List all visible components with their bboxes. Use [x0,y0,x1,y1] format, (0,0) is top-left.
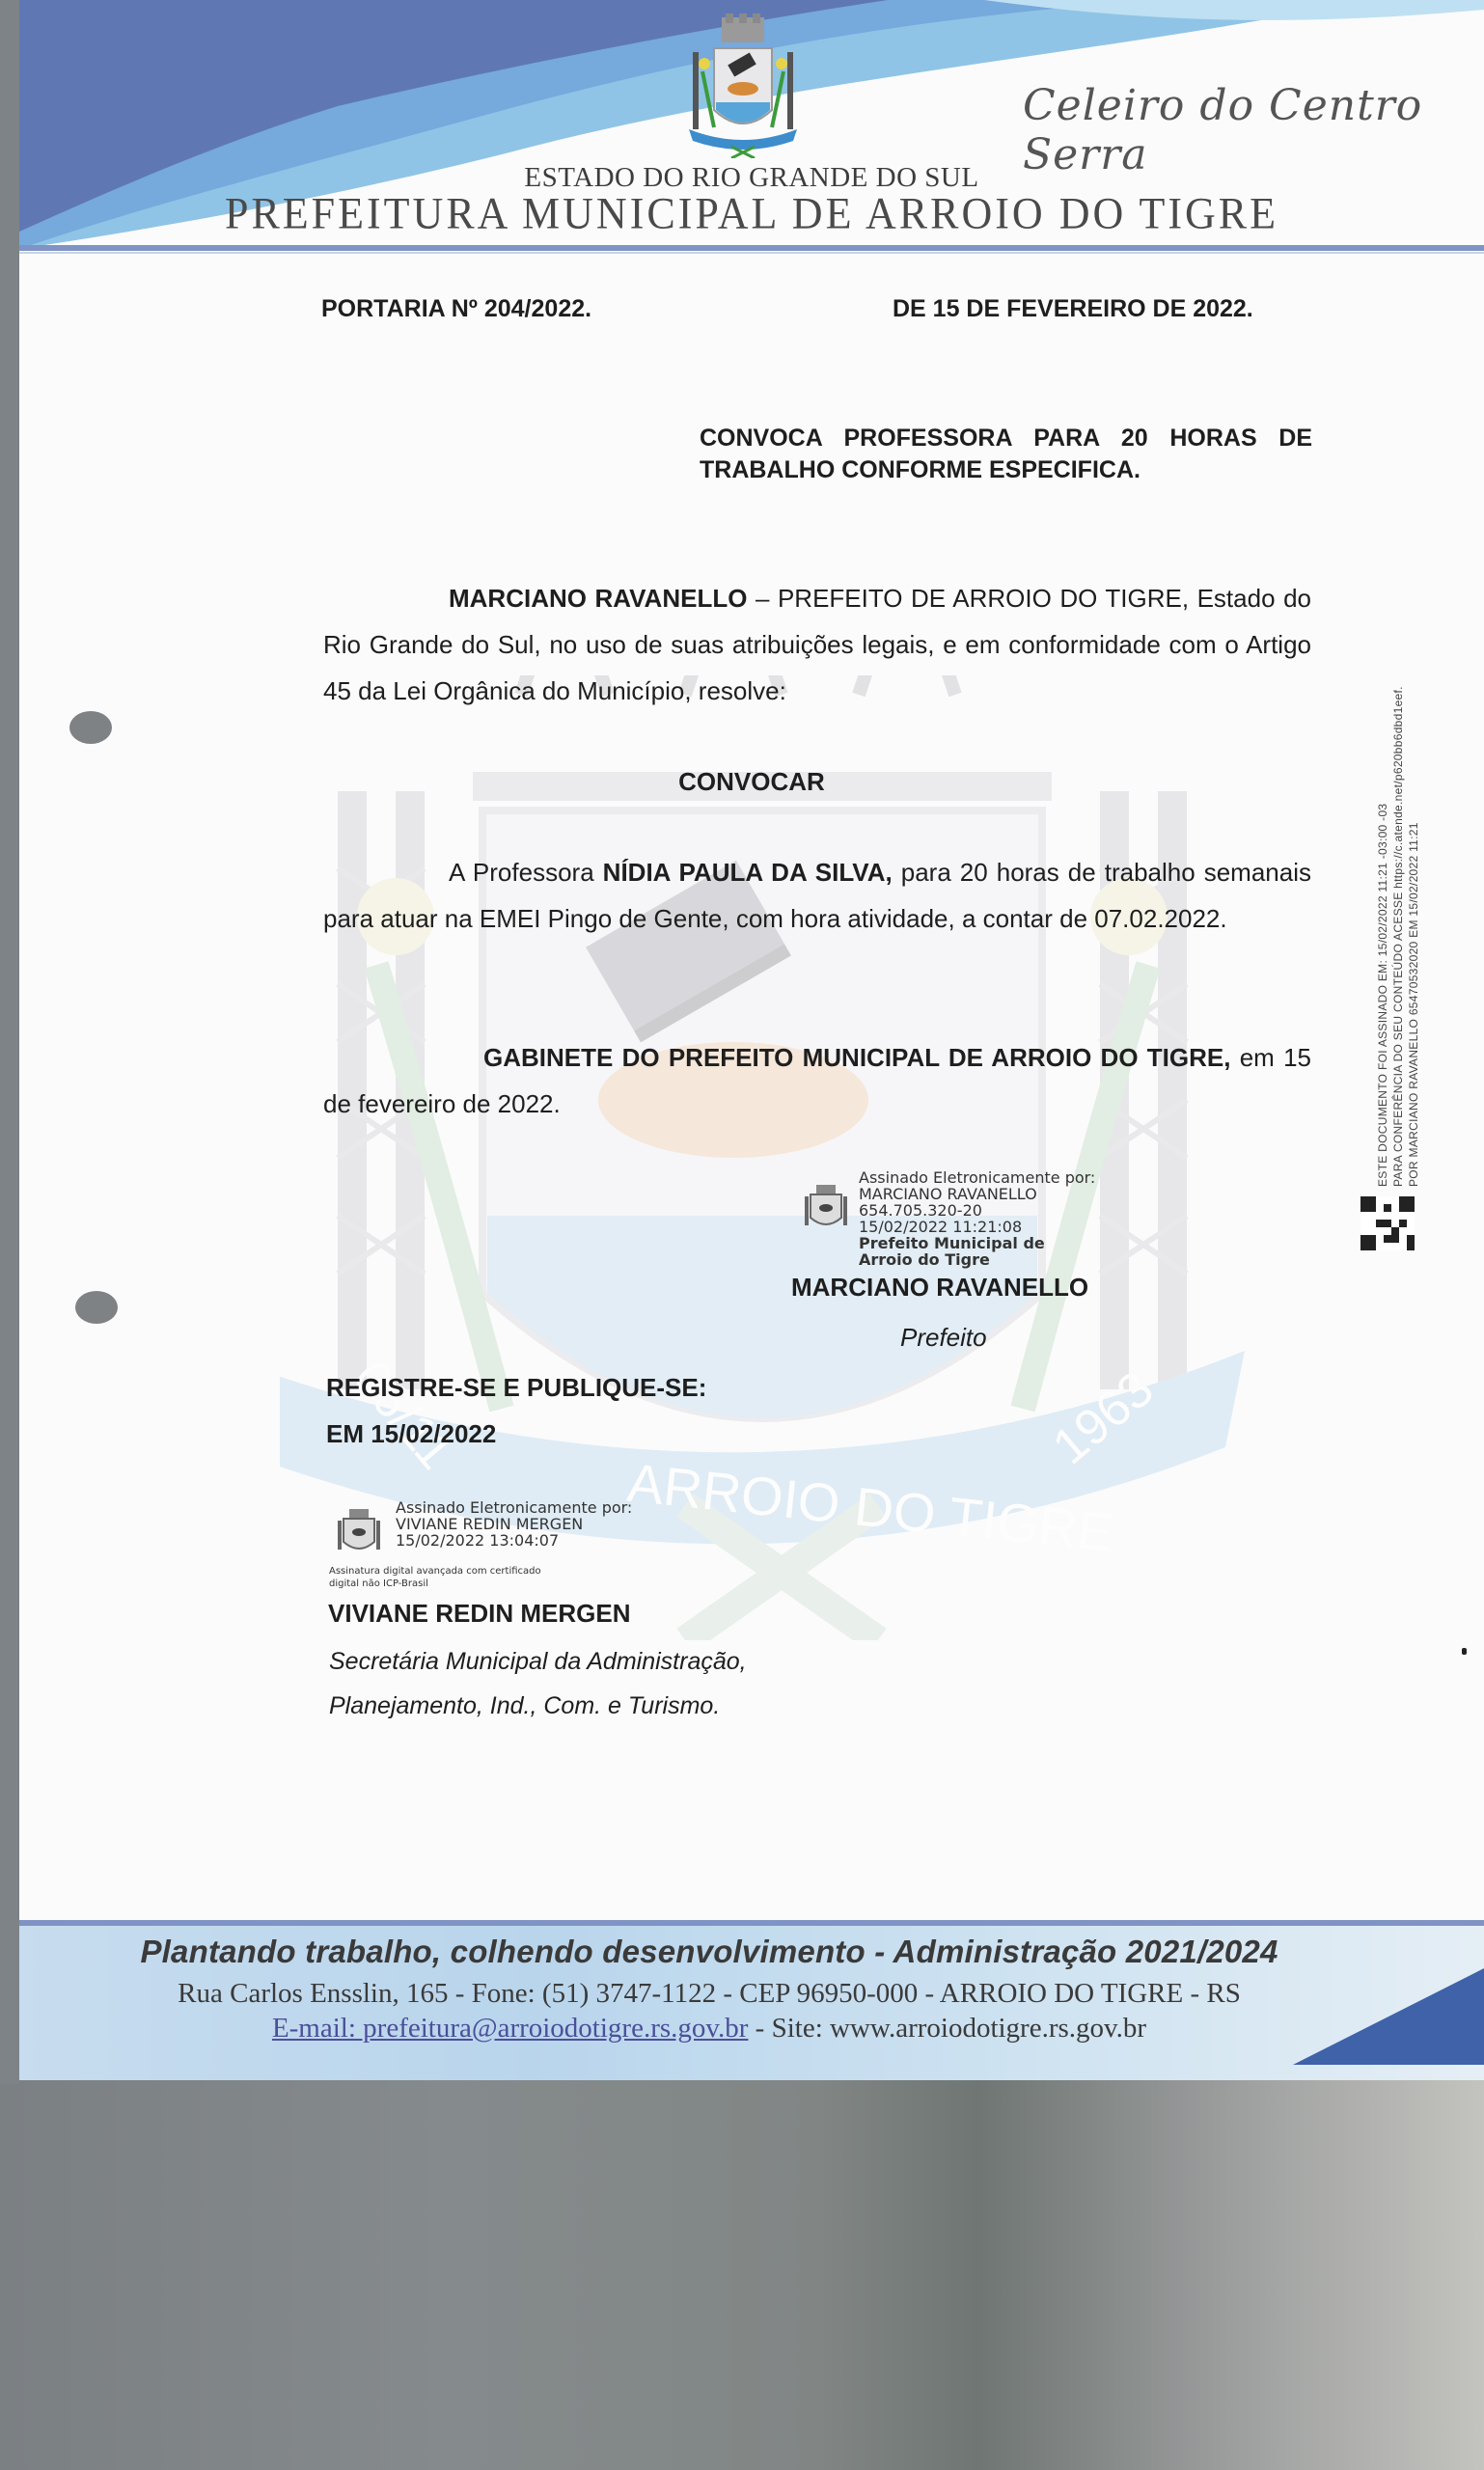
secretary-role-line2: Planejamento, Ind., Com. e Turismo. [329,1683,720,1729]
signature-certificate-note: Assinatura digital avançada com certific… [329,1565,551,1590]
sig-label: Assinado Eletronicamente por: [396,1499,632,1516]
footer-address: Rua Carlos Ensslin, 165 - Fone: (51) 374… [19,1978,1399,2010]
sig-label: Assinado Eletronicamente por: [859,1169,1095,1186]
mayor-name-inline: MARCIANO RAVANELLO [449,584,747,613]
secretary-role-line1: Secretária Municipal da Administração, [329,1638,747,1685]
footer-rule [19,1920,1484,1926]
body-prefix: A Professora [449,858,603,887]
sig-cpf: 654.705.320-20 [859,1202,1095,1219]
mayor-role: Prefeito [900,1314,987,1360]
footer-email-link[interactable]: E-mail: prefeitura@arroiodotigre.rs.gov.… [272,2013,748,2044]
sig-role: Prefeito Municipal de [859,1235,1095,1251]
sig-signer: VIVIANE REDIN MERGEN [396,1516,632,1532]
verification-stamp: ESTE DOCUMENTO FOI ASSINADO EM: 15/02/20… [1375,686,1421,1187]
preamble-paragraph: MARCIANO RAVANELLO – PREFEITO DE ARROIO … [323,575,1311,714]
header-rule-thin [19,252,1484,254]
scanner-edge [0,0,19,2084]
footer-site[interactable]: - Site: www.arroiodotigre.rs.gov.br [748,2013,1146,2044]
mayor-name: MARCIANO RAVANELLO [791,1264,1088,1310]
sig-signer: MARCIANO RAVANELLO [859,1186,1095,1202]
stamp-line-2[interactable]: PARA CONFERÊNCIA DO SEU CONTEÚDO ACESSE … [1390,686,1406,1187]
document-page: Celeiro do Centro Serra ESTADO DO RIO GR… [19,0,1484,2080]
prefeitura-title: PREFEITURA MUNICIPAL DE ARROIO DO TIGRE [19,188,1484,240]
stamp-line-1: ESTE DOCUMENTO FOI ASSINADO EM: 15/02/20… [1375,686,1390,1187]
gabinete-paragraph: GABINETE DO PREFEITO MUNICIPAL DE ARROIO… [323,1034,1311,1127]
sig-timestamp: 15/02/2022 13:04:07 [396,1532,632,1549]
body-paragraph: A Professora NÍDIA PAULA DA SILVA, para … [323,849,1311,942]
coat-of-arms-icon [685,14,801,158]
signature-seal-icon [803,1183,849,1231]
gabinete-line: GABINETE DO PREFEITO MUNICIPAL DE ARROIO… [483,1043,1230,1072]
secretary-electronic-signature: Assinado Eletronicamente por: VIVIANE RE… [396,1499,632,1549]
teacher-name: NÍDIA PAULA DA SILVA, [603,858,893,887]
signature-seal-icon [336,1507,382,1555]
action-heading: CONVOCAR [19,758,1484,805]
footer-contact: E-mail: prefeitura@arroiodotigre.rs.gov.… [19,2013,1399,2045]
punch-hole [75,1291,118,1324]
footer-slogan: Plantando trabalho, colhendo desenvolvim… [19,1934,1399,1970]
stamp-line-3: POR MARCIANO RAVANELLO 65470532020 EM 15… [1406,686,1421,1187]
coat-of-arms-watermark: ARROIO DO TIGRE 1963 06/11 [280,675,1245,1640]
scan-speck [1462,1648,1467,1655]
secretary-name: VIVIANE REDIN MERGEN [328,1590,631,1636]
registre-line: REGISTRE-SE E PUBLIQUE-SE: [326,1364,706,1411]
registration-date: EM 15/02/2022 [326,1411,496,1457]
ementa: CONVOCA PROFESSORA PARA 20 HORAS DE TRAB… [700,423,1312,486]
portaria-date: DE 15 DE FEVEREIRO DE 2022. [893,286,1253,332]
mayor-electronic-signature: Assinado Eletronicamente por: MARCIANO R… [859,1169,1095,1268]
header-rule [19,245,1484,251]
portaria-number: PORTARIA Nº 204/2022. [321,286,591,332]
sig-timestamp: 15/02/2022 11:21:08 [859,1219,1095,1235]
punch-hole [69,711,112,744]
qr-code-icon[interactable] [1360,1196,1415,1250]
